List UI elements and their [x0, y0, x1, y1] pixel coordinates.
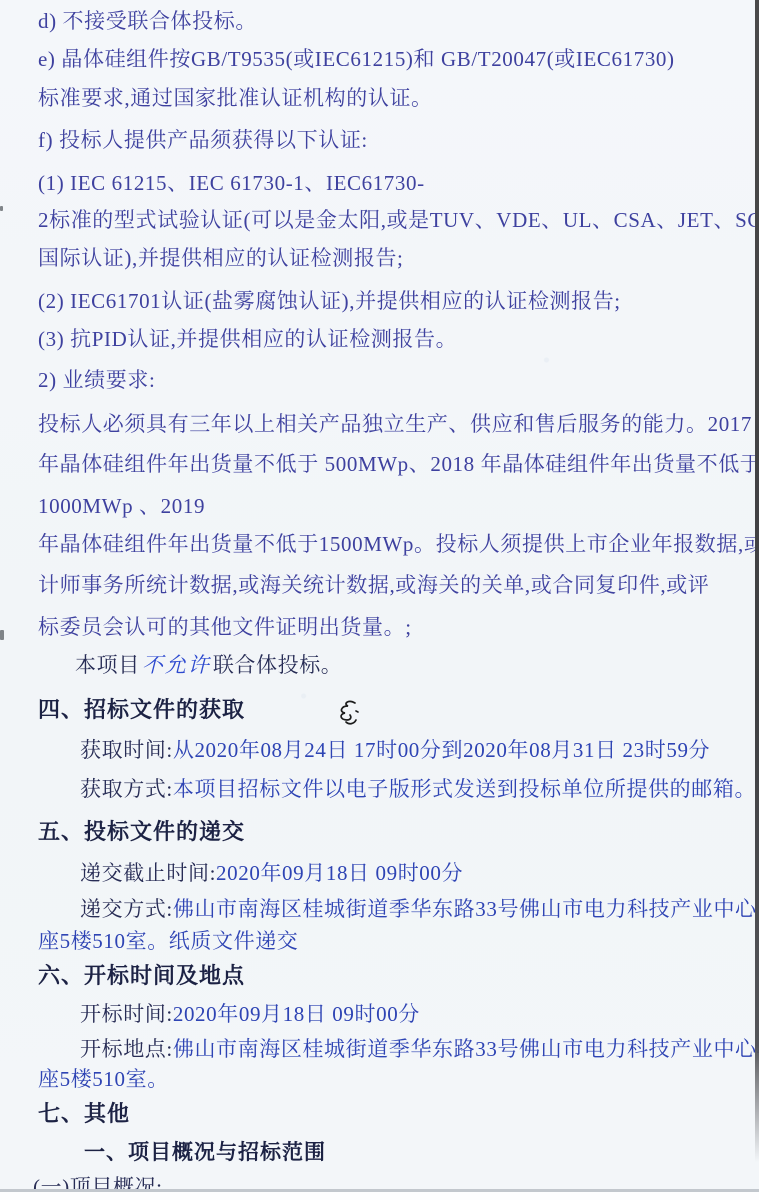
doc-line-cert-1-cont1: 2标准的型式试验认证(可以是金太阳,或是TUV、VDE、UL、CSA、JET、S…	[38, 207, 759, 233]
doc-line-obtain-time: 获取时间:从2020年08月24日 17时00分到2020年08月31日 23时…	[80, 737, 710, 763]
doc-line-d-item: d) 不接受联合体投标。	[38, 8, 257, 34]
submit-deadline-value: 2020年09月18日 09时00分	[216, 861, 463, 885]
section-heading-5-submit-docs: 五、投标文件的递交	[38, 819, 245, 845]
obtain-time-label: 获取时间:	[80, 738, 173, 762]
section-heading-6-opening: 六、开标时间及地点	[38, 963, 245, 989]
doc-line-opening-place: 开标地点:佛山市南海区桂城街道季华东路33号佛山市电力科技产业中心4	[80, 1036, 759, 1062]
opening-time-value: 2020年09月18日 09时00分	[173, 1002, 420, 1026]
doc-line-capacity-3: 1000MWp 、2019	[38, 493, 205, 519]
opening-place-value: 佛山市南海区桂城街道季华东路33号佛山市电力科技产业中心4	[173, 1037, 759, 1061]
scanned-document-page: d) 不接受联合体投标。 e) 晶体硅组件按GB/T9535(或IEC61215…	[0, 0, 759, 1200]
obtain-method-value: 本项目招标文件以电子版形式发送到投标单位所提供的邮箱。	[173, 777, 756, 801]
doc-line-obtain-method: 获取方式:本项目招标文件以电子版形式发送到投标单位所提供的邮箱。	[80, 776, 756, 802]
section-heading-4-obtain-docs: 四、招标文件的获取	[38, 697, 245, 723]
doc-line-cert-3: (3) 抗PID认证,并提供相应的认证检测报告。	[38, 326, 457, 352]
doc-line-cert-1: (1) IEC 61215、IEC 61730-1、IEC61730-	[38, 170, 425, 196]
doc-line-opening-address-cont: 座5楼510室。	[38, 1066, 169, 1092]
doc-line-submit-deadline: 递交截止时间:2020年09月18日 09时00分	[80, 860, 463, 886]
doc-line-capacity-1: 投标人必须具有三年以上相关产品独立生产、供应和售后服务的能力。2017	[38, 411, 752, 437]
opening-time-label: 开标时间:	[80, 1002, 173, 1026]
scan-speck-artifact	[0, 630, 4, 640]
doc-line-e-item-cont: 标准要求,通过国家批准认证机构的认证。	[38, 85, 433, 111]
scan-bottom-margin	[0, 1192, 759, 1200]
doc-line-submit-address-cont: 座5楼510室。纸质文件递交	[38, 928, 298, 954]
no-consortium-prefix: 本项目	[75, 653, 140, 677]
submit-deadline-label: 递交截止时间:	[80, 861, 216, 885]
obtain-time-value: 从2020年08月24日 17时00分到2020年08月31日 23时59分	[173, 738, 710, 762]
doc-line-capacity-2: 年晶体硅组件年出货量不低于 500MWp、2018 年晶体硅组件年出货量不低于	[38, 451, 759, 477]
opening-place-label: 开标地点:	[80, 1037, 173, 1061]
doc-line-e-item: e) 晶体硅组件按GB/T9535(或IEC61215)和 GB/T20047(…	[38, 46, 675, 72]
doc-line-submit-method: 递交方式:佛山市南海区桂城街道季华东路33号佛山市电力科技产业中心4	[80, 896, 759, 922]
doc-line-f-item: f) 投标人提供产品须获得以下认证:	[38, 127, 368, 153]
no-consortium-suffix: 联合体投标。	[213, 653, 343, 677]
no-consortium-emphasis: 不允许	[140, 653, 213, 677]
doc-line-capacity-6: 标委员会认可的其他文件证明出货量。;	[38, 614, 412, 640]
doc-line-cert-2: (2) IEC61701认证(盐雾腐蚀认证),并提供相应的认证检测报告;	[38, 288, 621, 314]
doc-line-cert-1-cont2: 国际认证),并提供相应的认证检测报告;	[38, 245, 403, 271]
scan-speck-artifact	[0, 206, 3, 211]
subsection-heading-overview-scope: 一、项目概况与招标范围	[84, 1139, 326, 1165]
submit-method-label: 递交方式:	[80, 897, 173, 921]
handwritten-scribble-mark-icon	[336, 699, 363, 727]
scan-right-edge-artifact	[755, 0, 759, 1162]
doc-line-no-consortium: 本项目不允许联合体投标。	[75, 652, 342, 678]
doc-line-performance-req: 2) 业绩要求:	[38, 367, 155, 393]
doc-line-opening-time: 开标时间:2020年09月18日 09时00分	[80, 1001, 420, 1027]
doc-line-capacity-4: 年晶体硅组件年出货量不低于1500MWp。投标人须提供上市企业年报数据,或会	[38, 531, 759, 557]
section-heading-7-other: 七、其他	[38, 1101, 130, 1127]
doc-line-capacity-5: 计师事务所统计数据,或海关统计数据,或海关的关单,或合同复印件,或评	[38, 572, 709, 598]
obtain-method-label: 获取方式:	[80, 777, 173, 801]
submit-method-value: 佛山市南海区桂城街道季华东路33号佛山市电力科技产业中心4	[173, 897, 759, 921]
